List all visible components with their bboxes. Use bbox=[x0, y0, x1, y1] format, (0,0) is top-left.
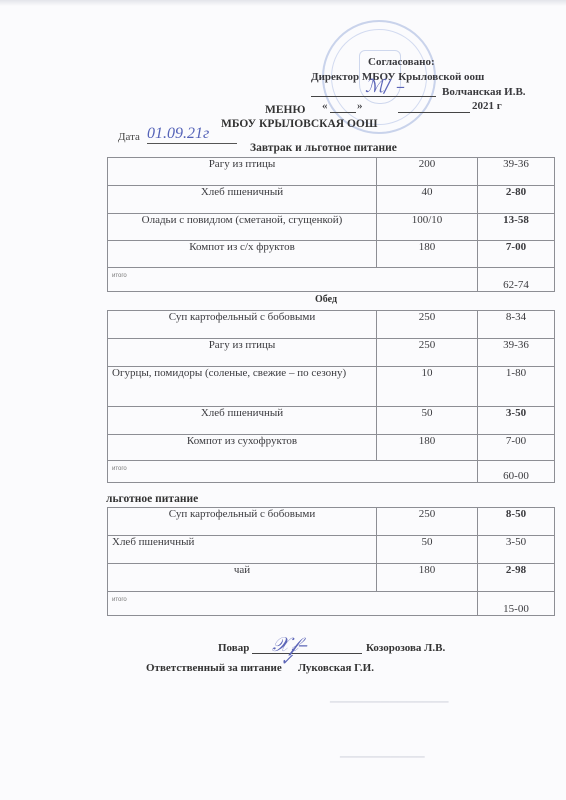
bleed-through: ▁▁▁▁▁▁▁▁▁▁ bbox=[340, 745, 425, 758]
table-row: Рагу из птицы 250 39-36 bbox=[108, 339, 555, 367]
total-price: 15-00 bbox=[478, 592, 555, 616]
dish-price: 1-80 bbox=[478, 367, 555, 407]
approval-date-close-quote: » bbox=[357, 100, 363, 112]
total-label: итого bbox=[112, 597, 127, 603]
dish-qty: 200 bbox=[377, 158, 478, 186]
table-row: Суп картофельный с бобовыми 250 8-50 bbox=[108, 508, 555, 536]
breakfast-table: Рагу из птицы 200 39-36 Хлеб пшеничный 4… bbox=[107, 157, 555, 292]
table-row: Оладьи с повидлом (сметаной, сгущенкой) … bbox=[108, 214, 555, 241]
cook-name: Козорозова Л.В. bbox=[366, 642, 445, 654]
approval-date-open-quote: « bbox=[322, 100, 328, 112]
school-name: МБОУ КРЫЛОВСКАЯ ООШ bbox=[221, 118, 377, 130]
approval-month-line bbox=[398, 112, 470, 113]
responsible-signature: ✓ bbox=[280, 650, 293, 669]
table-row: Компот из с/х фруктов 180 7-00 bbox=[108, 241, 555, 268]
dish-price: 2-80 bbox=[478, 186, 555, 214]
dish-price: 3-50 bbox=[478, 536, 555, 564]
director-signature: ℳ/ – bbox=[365, 76, 405, 97]
dish-price: 3-50 bbox=[478, 407, 555, 435]
dish-name: Компот из сухофруктов bbox=[108, 435, 377, 461]
total-row: итого 62-74 bbox=[108, 268, 555, 292]
dish-qty: 250 bbox=[377, 508, 478, 536]
dish-name: Хлеб пшеничный bbox=[108, 536, 377, 564]
benefit-title: льготное питание bbox=[106, 493, 198, 505]
dish-name: чай bbox=[108, 564, 377, 592]
dish-price: 8-34 bbox=[478, 311, 555, 339]
menu-title: МЕНЮ bbox=[265, 104, 305, 116]
bleed-through: ▁▁▁▁▁▁▁▁▁▁▁▁▁▁ bbox=[330, 690, 448, 703]
table-row: Суп картофельный с бобовыми 250 8-34 bbox=[108, 311, 555, 339]
table-row: Рагу из птицы 200 39-36 bbox=[108, 158, 555, 186]
table-row: Хлеб пшеничный 40 2-80 bbox=[108, 186, 555, 214]
table-row: Хлеб пшеничный 50 3-50 bbox=[108, 536, 555, 564]
dish-name: Рагу из птицы bbox=[108, 339, 377, 367]
dish-qty: 100/10 bbox=[377, 214, 478, 241]
dish-price: 39-36 bbox=[478, 339, 555, 367]
date-value: 01.09.21г bbox=[147, 125, 237, 144]
dish-qty: 180 bbox=[377, 564, 478, 592]
total-label: итого bbox=[112, 466, 127, 472]
dish-name: Огурцы, помидоры (соленые, свежие – по с… bbox=[108, 367, 377, 407]
total-price: 60-00 bbox=[478, 461, 555, 483]
dish-qty: 250 bbox=[377, 311, 478, 339]
table-row: Компот из сухофруктов 180 7-00 bbox=[108, 435, 555, 461]
date-label: Дата bbox=[118, 131, 140, 143]
breakfast-title: Завтрак и льготное питание bbox=[250, 142, 397, 154]
approval-day-line bbox=[330, 112, 356, 113]
approval-year: 2021 г bbox=[472, 100, 502, 112]
dish-qty: 10 bbox=[377, 367, 478, 407]
total-price: 62-74 bbox=[478, 268, 555, 292]
approval-name: Волчанская И.В. bbox=[442, 86, 526, 98]
total-row: итого 15-00 bbox=[108, 592, 555, 616]
dish-price: 13-58 bbox=[478, 214, 555, 241]
lunch-table: Суп картофельный с бобовыми 250 8-34 Раг… bbox=[107, 310, 555, 483]
benefit-table: Суп картофельный с бобовыми 250 8-50 Хле… bbox=[107, 507, 555, 616]
dish-qty: 180 bbox=[377, 435, 478, 461]
dish-name: Оладьи с повидлом (сметаной, сгущенкой) bbox=[108, 214, 377, 241]
dish-qty: 50 bbox=[377, 407, 478, 435]
total-label: итого bbox=[112, 273, 127, 279]
dish-price: 7-00 bbox=[478, 241, 555, 268]
approval-heading: Согласовано: bbox=[368, 56, 435, 68]
table-row: Хлеб пшеничный 50 3-50 bbox=[108, 407, 555, 435]
table-row: чай 180 2-98 bbox=[108, 564, 555, 592]
dish-name: Рагу из птицы bbox=[108, 158, 377, 186]
dish-price: 7-00 bbox=[478, 435, 555, 461]
dish-name: Суп картофельный с бобовыми bbox=[108, 311, 377, 339]
dish-qty: 180 bbox=[377, 241, 478, 268]
dish-qty: 50 bbox=[377, 536, 478, 564]
dish-name: Компот из с/х фруктов bbox=[108, 241, 377, 268]
dish-price: 8-50 bbox=[478, 508, 555, 536]
dish-price: 2-98 bbox=[478, 564, 555, 592]
paper-edge bbox=[0, 0, 566, 6]
dish-qty: 40 bbox=[377, 186, 478, 214]
total-row: итого 60-00 bbox=[108, 461, 555, 483]
lunch-title: Обед bbox=[315, 294, 337, 305]
responsible-label: Ответственный за питание bbox=[146, 662, 282, 674]
dish-name: Суп картофельный с бобовыми bbox=[108, 508, 377, 536]
responsible-name: Луковская Г.И. bbox=[298, 662, 374, 674]
dish-price: 39-36 bbox=[478, 158, 555, 186]
dish-name: Хлеб пшеничный bbox=[108, 186, 377, 214]
dish-qty: 250 bbox=[377, 339, 478, 367]
cook-label: Повар bbox=[218, 642, 249, 654]
dish-name: Хлеб пшеничный bbox=[108, 407, 377, 435]
table-row: Огурцы, помидоры (соленые, свежие – по с… bbox=[108, 367, 555, 407]
